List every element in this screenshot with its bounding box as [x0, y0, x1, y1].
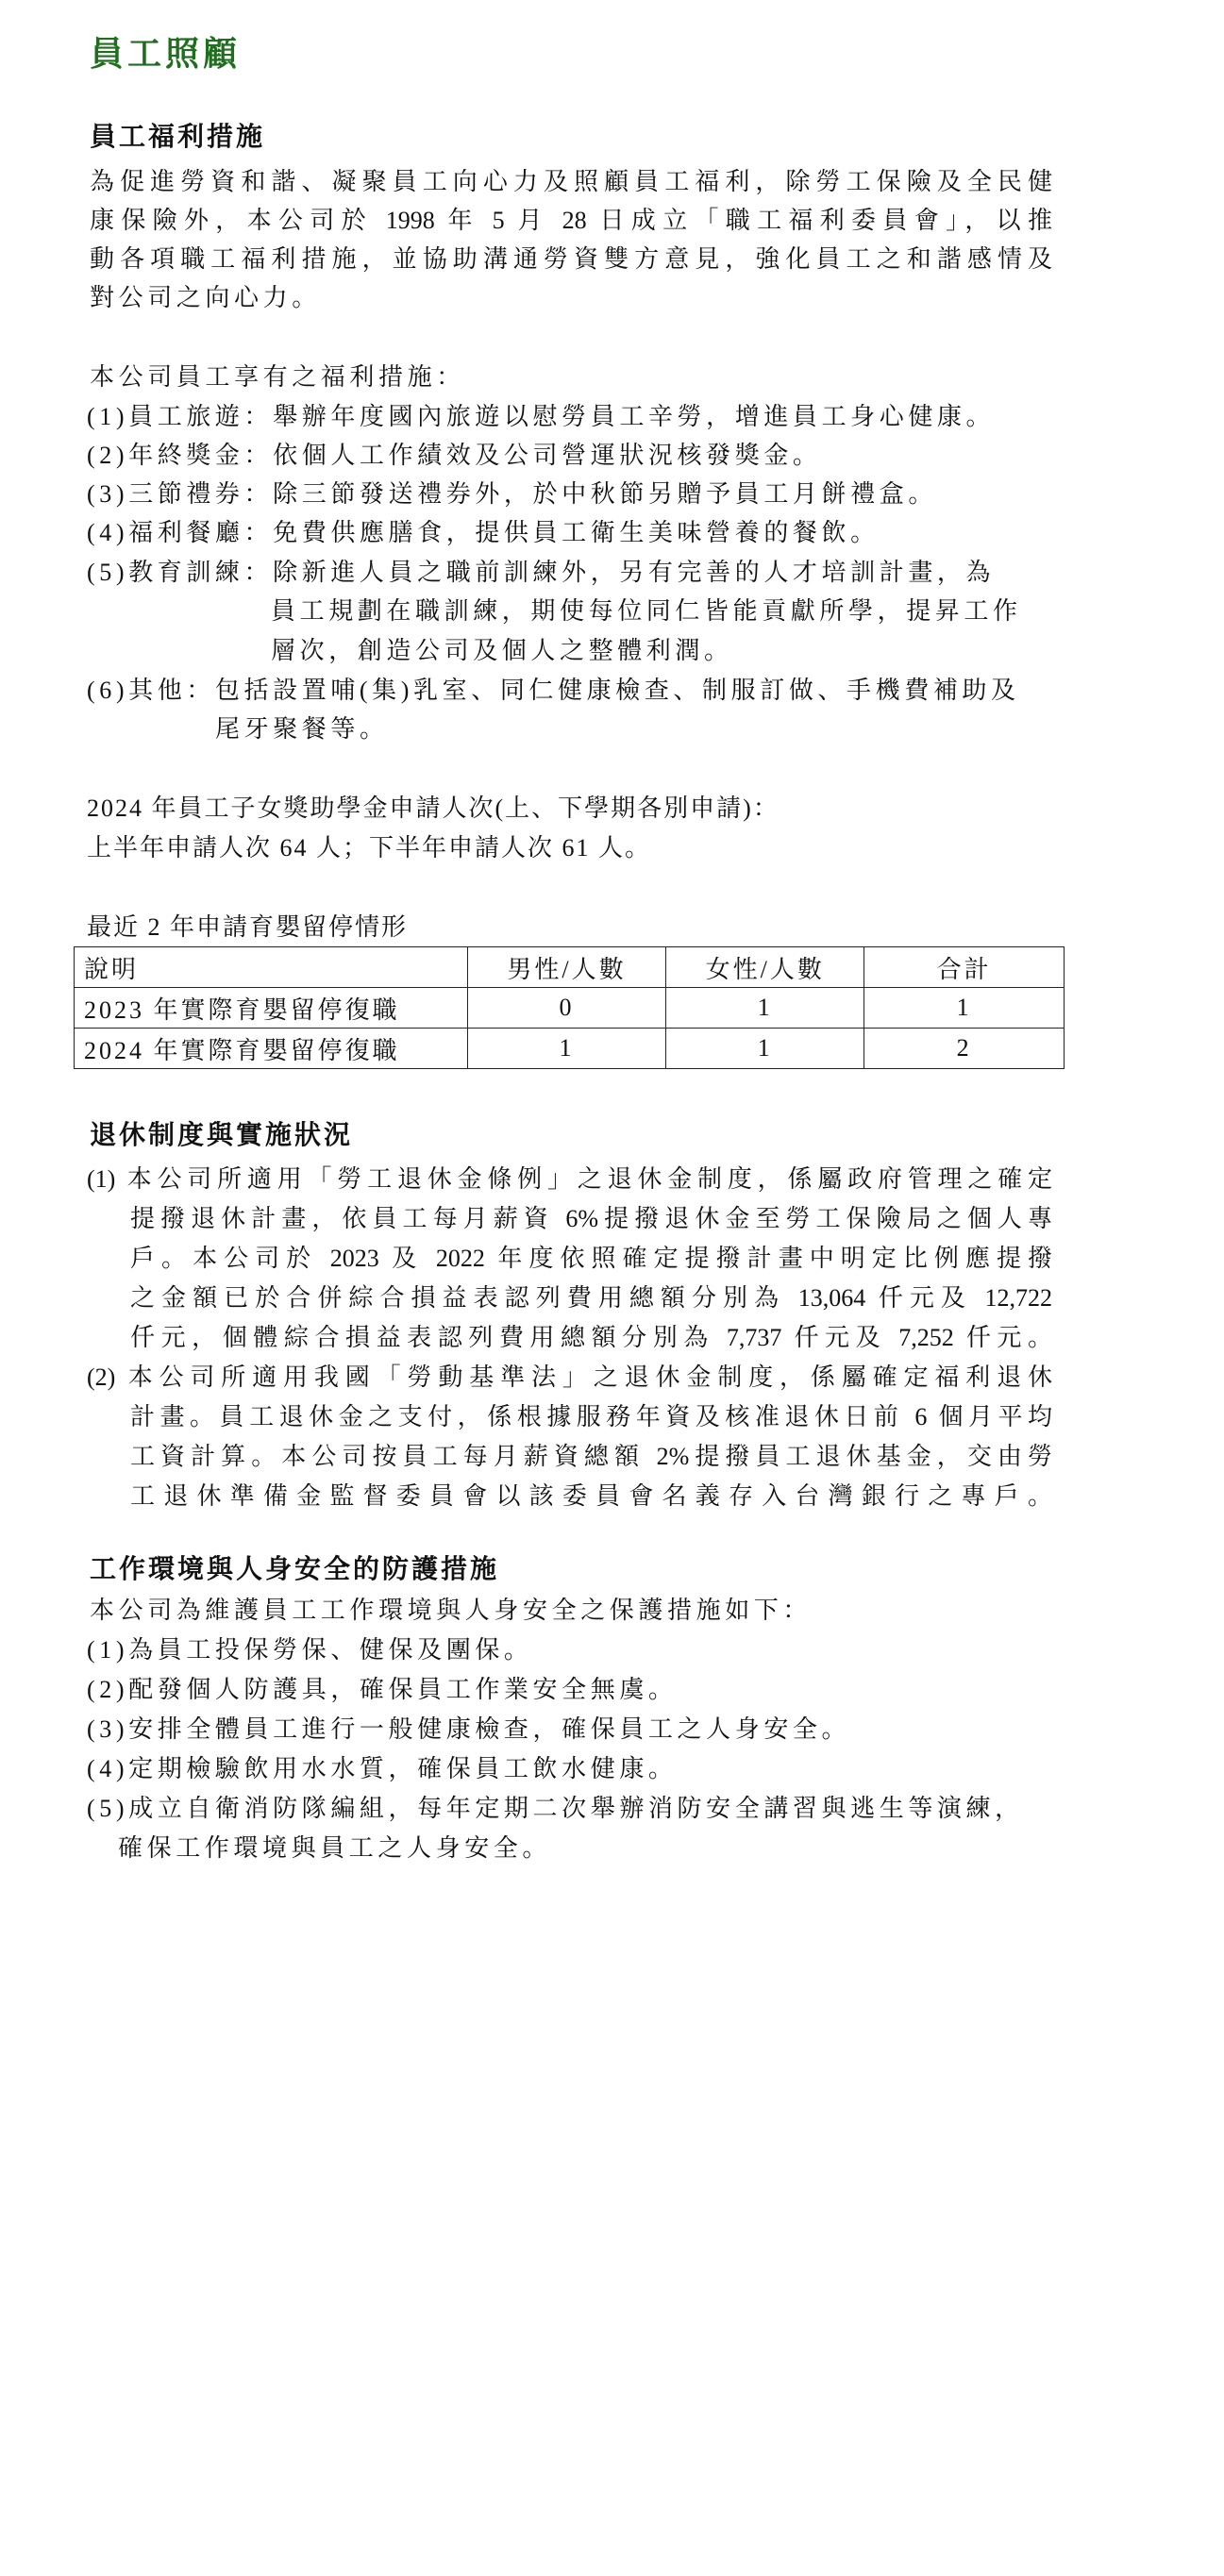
welfare-intro-line: 為促進勞資和諧、凝聚員工向心力及照顧員工福利，除勞工保險及全民健	[90, 166, 1052, 198]
retirement-item-continuation: 戶。本公司於 2023 及 2022 年度依照確定提撥計畫中明定比例應提撥	[130, 1243, 1052, 1275]
safety-intro: 本公司為維護員工工作環境與人身安全之保護措施如下：	[90, 1595, 812, 1627]
retirement-item-continuation: 提撥退休計畫，依員工每月薪資 6%提撥退休金至勞工保險局之個人專	[130, 1203, 1052, 1235]
table-cell: 2024 年實際育嬰留停復職	[75, 1029, 468, 1069]
safety-item-continuation: 確保工作環境與員工之人身安全。	[118, 1832, 551, 1865]
welfare-intro-line: 對公司之向心力。	[90, 282, 321, 314]
retirement-item-continuation: 工退休準備金監督委員會以該委員會名義存入台灣銀行之專戶。	[130, 1480, 1052, 1513]
welfare-item-continuation: 尾牙聚餐等。	[215, 713, 389, 745]
safety-item: (4)定期檢驗飲用水水質，確保員工飲水健康。	[87, 1753, 678, 1785]
welfare-intro-line: 動各項職工福利措施，並協助溝通勞資雙方意見，強化員工之和諧感情及	[90, 243, 1052, 276]
welfare-item: (1)員工旅遊：舉辦年度國內旅遊以慰勞員工辛勞，增進員工身心健康。	[87, 401, 995, 433]
table-cell: 0	[467, 988, 666, 1029]
retirement-item-continuation: 計畫。員工退休金之支付，係根據服務年資及核准退休日前 6 個月平均	[130, 1401, 1052, 1433]
parental-leave-table: 說明 男性/人數 女性/人數 合計 2023 年實際育嬰留停復職 0 1 1 2…	[74, 946, 1065, 1069]
welfare-item: (3)三節禮券：除三節發送禮券外，於中秋節另贈予員工月餅禮盒。	[87, 478, 937, 510]
retirement-item: (2) 本公司所適用我國「勞動基準法」之退休金制度，係屬確定福利退休	[87, 1362, 1052, 1394]
retirement-item-continuation: 仟元，個體綜合損益表認列費用總額分別為 7,737 仟元及 7,252 仟元。	[130, 1322, 1052, 1354]
safety-item: (3)安排全體員工進行一般健康檢查，確保員工之人身安全。	[87, 1714, 850, 1746]
section-heading-safety: 工作環境與人身安全的防護措施	[90, 1553, 499, 1587]
table-header: 女性/人數	[666, 947, 864, 988]
welfare-item: (2)年終獎金：依個人工作績效及公司營運狀況核發獎金。	[87, 440, 822, 472]
welfare-item-continuation: 層次，創造公司及個人之整體利潤。	[271, 635, 733, 667]
safety-item: (1)為員工投保勞保、健保及團保。	[87, 1634, 533, 1666]
scholarship-counts: 上半年申請人次 64 人；下半年申請人次 61 人。	[87, 832, 651, 864]
table-row: 2023 年實際育嬰留停復職 0 1 1	[75, 988, 1065, 1029]
section-heading-retirement: 退休制度與實施狀況	[90, 1119, 353, 1153]
table-header: 男性/人數	[467, 947, 666, 988]
table-row: 2024 年實際育嬰留停復職 1 1 2	[75, 1029, 1065, 1069]
retirement-item-continuation: 之金額已於合併綜合損益表認列費用總額分別為 13,064 仟元及 12,722	[130, 1282, 1052, 1314]
page-title: 員工照顧	[90, 32, 241, 75]
parental-leave-caption: 最近 2 年申請育嬰留停情形	[87, 912, 408, 944]
table-cell: 1	[666, 1029, 864, 1069]
table-cell: 1	[666, 988, 864, 1029]
table-cell: 1	[467, 1029, 666, 1069]
table-header: 說明	[75, 947, 468, 988]
safety-item: (2)配發個人防護具，確保員工作業安全無虞。	[87, 1674, 678, 1706]
welfare-item: (4)福利餐廳：免費供應膳食，提供員工衛生美味營養的餐飲。	[87, 517, 880, 549]
scholarship-line: 2024 年員工子女獎助學金申請人次(上、下學期各別申請)：	[87, 793, 780, 825]
table-header-row: 說明 男性/人數 女性/人數 合計	[75, 947, 1065, 988]
safety-item: (5)成立自衛消防隊編組，每年定期二次舉辦消防安全講習與逃生等演練，	[87, 1793, 1024, 1825]
welfare-item: (5)教育訓練：除新進人員之職前訓練外，另有完善的人才培訓計畫，為	[87, 557, 995, 589]
table-cell: 2023 年實際育嬰留停復職	[75, 988, 468, 1029]
welfare-intro-line: 康保險外，本公司於 1998 年 5 月 28 日成立「職工福利委員會」，以推	[90, 205, 1052, 237]
table-cell: 1	[864, 988, 1065, 1029]
document-page: 員工照顧 員工福利措施 為促進勞資和諧、凝聚員工向心力及照顧員工福利，除勞工保險…	[0, 0, 1224, 2576]
section-heading-welfare: 員工福利措施	[90, 121, 265, 155]
welfare-item: (6)其他：包括設置哺(集)乳室、同仁健康檢查、制服訂做、手機費補助及	[87, 675, 1020, 707]
welfare-item-continuation: 員工規劃在職訓練，期使每位同仁皆能貢獻所學，提昇工作	[271, 595, 1022, 627]
welfare-list-intro: 本公司員工享有之福利措施：	[90, 361, 465, 393]
table-header: 合計	[864, 947, 1065, 988]
retirement-item: (1) 本公司所適用「勞工退休金條例」之退休金制度，係屬政府管理之確定	[87, 1163, 1052, 1196]
retirement-item-continuation: 工資計算。本公司按員工每月薪資總額 2%提撥員工退休基金，交由勞	[130, 1441, 1052, 1473]
table-cell: 2	[864, 1029, 1065, 1069]
